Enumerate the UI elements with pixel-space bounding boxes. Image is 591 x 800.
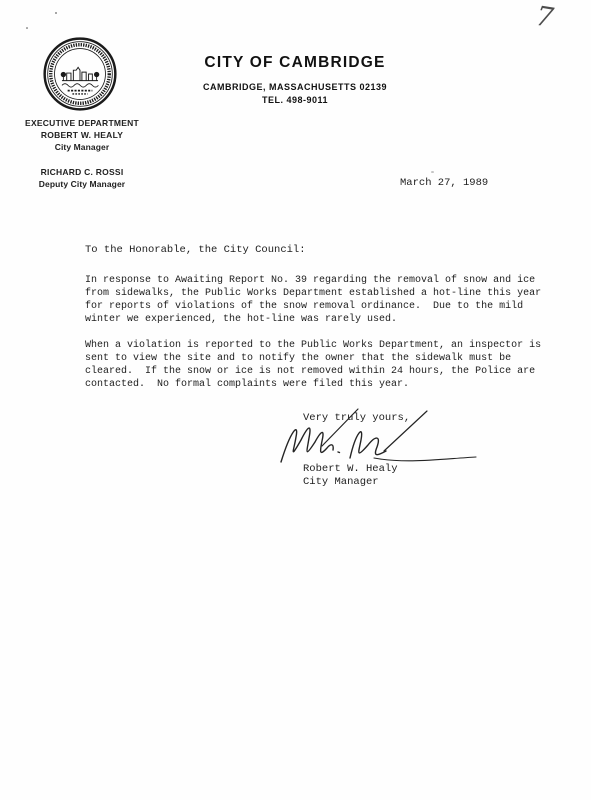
scan-speck — [431, 171, 434, 173]
letterhead-left-block: EXECUTIVE DEPARTMENT ROBERT W. HEALY Cit… — [8, 117, 156, 190]
manager-title: City Manager — [8, 141, 156, 153]
scan-speck — [55, 12, 57, 14]
city-seal-icon — [42, 36, 118, 112]
signer-name: Robert W. Healy — [303, 463, 398, 475]
letterhead-phone: TEL. 498-9011 — [145, 95, 445, 105]
scan-speck — [26, 27, 28, 29]
letterhead-title: CITY OF CAMBRIDGE — [145, 54, 445, 72]
deputy-name: RICHARD C. ROSSI — [8, 166, 156, 178]
scanned-letter-page: 7 EXECUTIVE DEPARTMENT ROBERT W. HEALY C… — [0, 0, 591, 800]
handwritten-page-number: 7 — [534, 1, 556, 34]
department-name: EXECUTIVE DEPARTMENT — [8, 117, 156, 129]
signer-title: City Manager — [303, 476, 379, 488]
spacer — [8, 153, 156, 166]
salutation: To the Honorable, the City Council: — [85, 244, 306, 256]
closing-phrase: Very truly yours, — [303, 412, 410, 424]
letterhead-center-block: CITY OF CAMBRIDGE CAMBRIDGE, MASSACHUSET… — [145, 54, 445, 105]
deputy-title: Deputy City Manager — [8, 178, 156, 190]
manager-name: ROBERT W. HEALY — [8, 129, 156, 141]
letter-date: March 27, 1989 — [400, 177, 488, 189]
letterhead-address: CAMBRIDGE, MASSACHUSETTS 02139 — [145, 82, 445, 92]
body-paragraph-1: In response to Awaiting Report No. 39 re… — [85, 274, 575, 326]
body-paragraph-2: When a violation is reported to the Publ… — [85, 339, 575, 391]
